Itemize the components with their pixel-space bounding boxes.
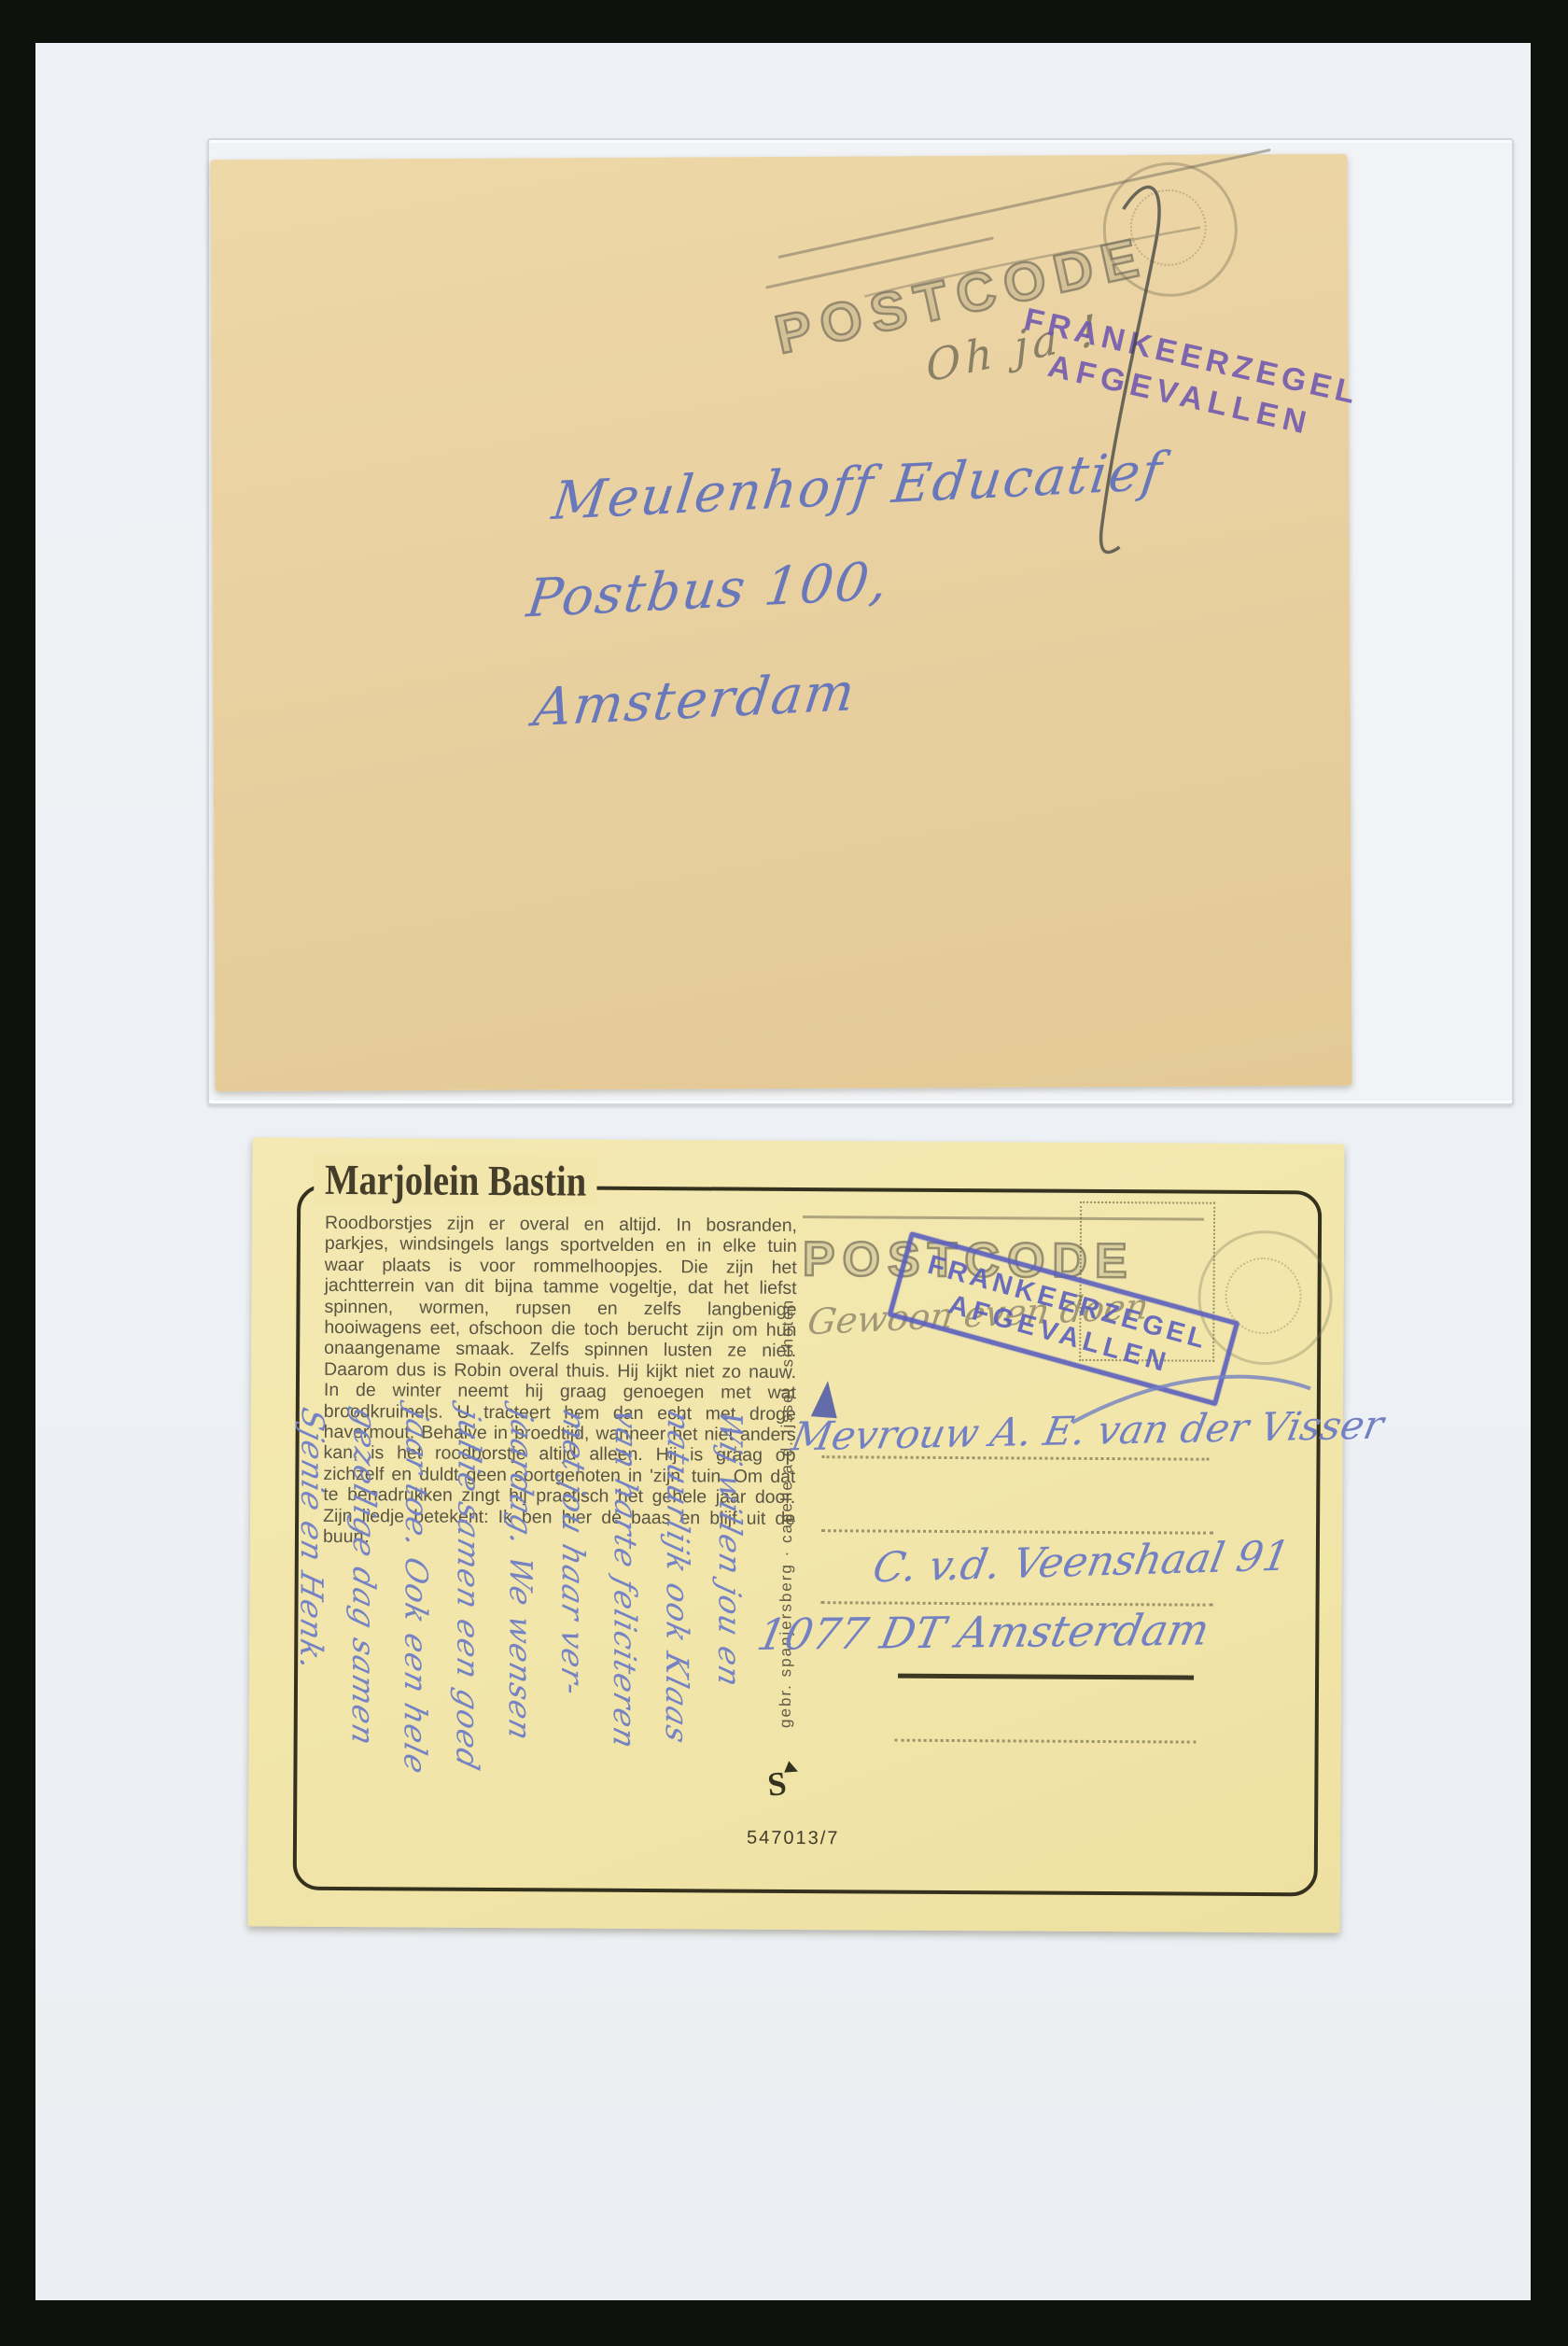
photo-of-album-page: { "scene": { "background_color": "#0f110… [0,0,1568,2346]
postcard: Marjolein Bastin Roodborstjes zijn er ov… [247,1137,1344,1932]
envelope: POSTCODE Oh ja ! FRANKEERZEGEL AFGEVALLE… [210,154,1351,1091]
pen-flourish [247,1137,1344,1932]
address-line: Postbus 100, [524,538,1155,629]
album-page: POSTCODE Oh ja ! FRANKEERZEGEL AFGEVALLE… [35,43,1531,2300]
envelope-address-block: Meulenhoff Educatief Postbus 100, Amster… [523,442,1167,739]
